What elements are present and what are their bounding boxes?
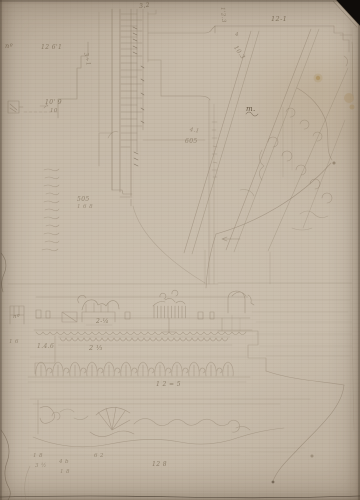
annotation-mid-605: 605: [185, 139, 198, 145]
annotation-left-row3: 10: [50, 109, 58, 115]
scanned-drawing-sheet: 3,2 12-1 nº 12 6'1 10' 9 10 3÷1 1'2.3 10…: [0, 0, 360, 500]
annotation-band-2q: 2-¼: [96, 319, 109, 325]
annotation-band-pd6: 1.4.6: [37, 344, 54, 350]
annotation-m-mark: m.: [246, 106, 256, 113]
annotation-bot-4b: 4 b: [59, 460, 69, 466]
annotation-vert-dim: 1'2.3: [219, 7, 226, 23]
annotation-diag-note: 10.3: [232, 45, 246, 61]
handwritten-annotations: 3,2 12-1 nº 12 6'1 10' 9 10 3÷1 1'2.3 10…: [0, 0, 360, 500]
annotation-band-no: nº: [13, 315, 20, 321]
annotation-band-no2: 1 6: [9, 340, 19, 346]
annotation-bot-18: 1 8: [33, 454, 43, 460]
annotation-mid-168: 1 6 8: [77, 205, 93, 211]
annotation-mid-41: 4.1: [189, 128, 200, 135]
annotation-bot-62: 6 2: [94, 454, 104, 460]
annotation-band-23: 2 ⅓: [89, 345, 103, 352]
annotation-vert-note: 3÷1: [82, 52, 91, 67]
annotation-small-4: 4: [235, 33, 239, 39]
annotation-bot-18b: 1 8: [60, 470, 70, 476]
annotation-bot-128: 12 8: [152, 462, 167, 468]
annotation-left-row2: 10' 9: [45, 100, 62, 106]
annotation-mid-505: 505: [77, 197, 90, 203]
annotation-band-125: 1 2 = 5: [156, 382, 181, 388]
annotation-no-left: nº: [5, 43, 13, 50]
annotation-bot-3: 3 ½: [35, 464, 47, 470]
annotation-left-row1: 12 6'1: [41, 45, 62, 51]
annotation-dim-top: 12-1: [271, 16, 287, 23]
annotation-strip-top: 3,2: [139, 3, 150, 10]
